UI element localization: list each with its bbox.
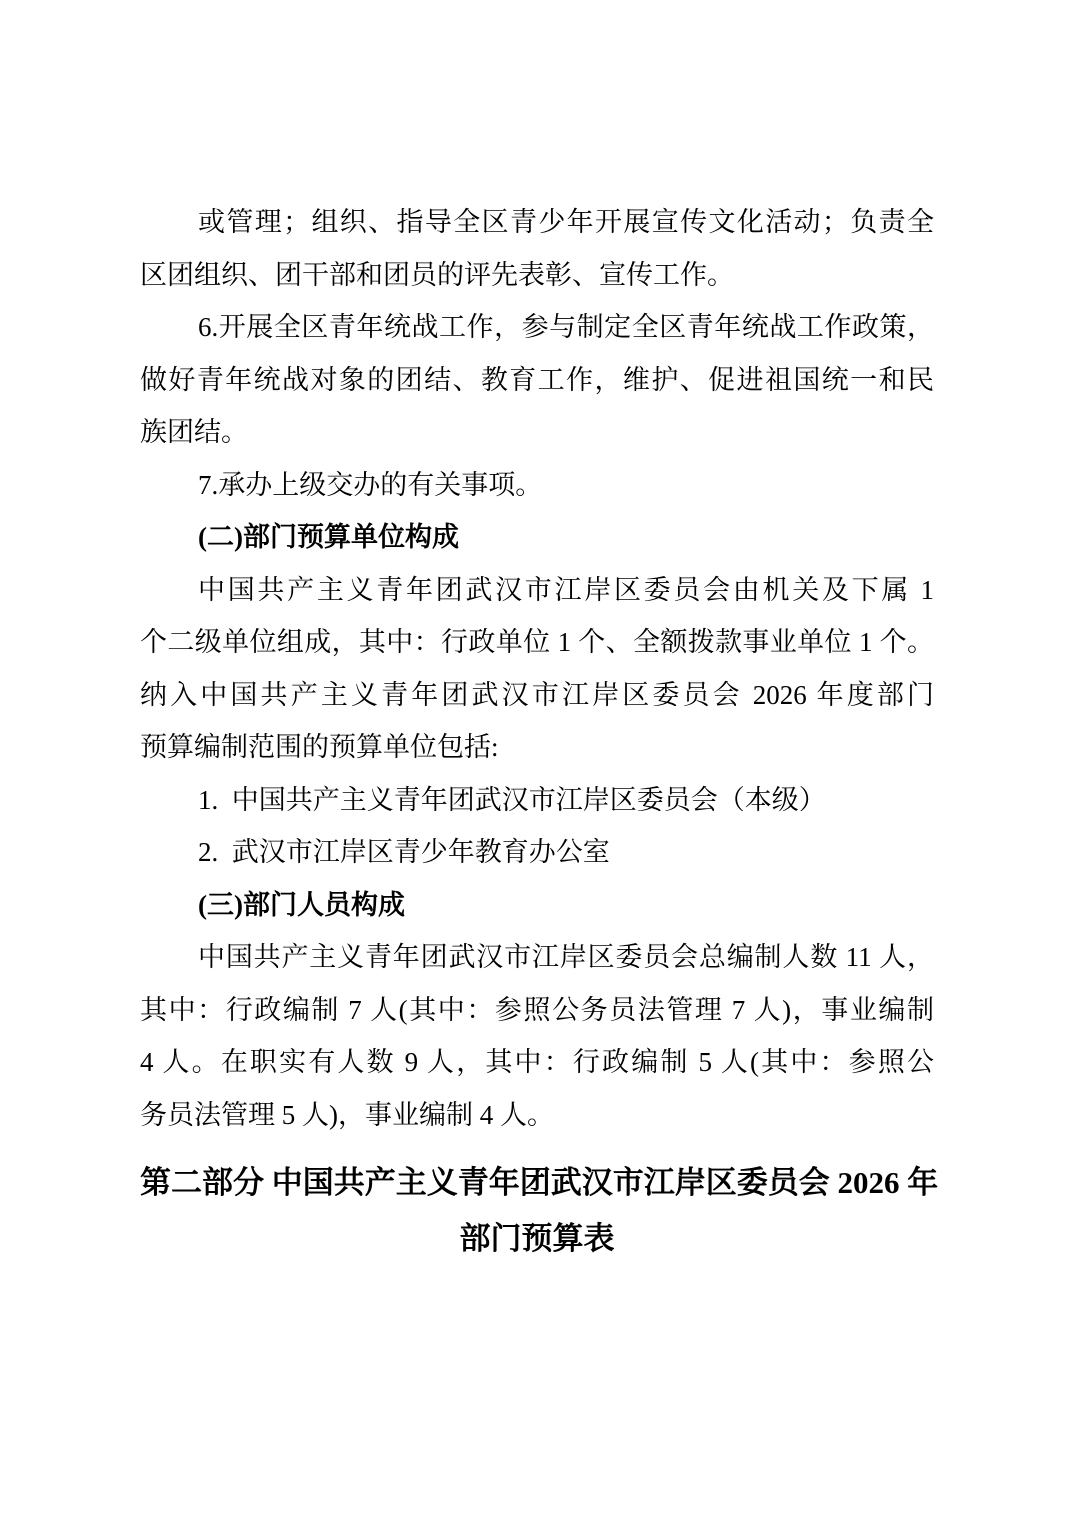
body-line: 中国共产主义青年团武汉市江岸区委员会由机关及下属 1 xyxy=(140,564,934,617)
body-line: 4 人。在职实有人数 9 人，其中：行政编制 5 人(其中：参照公 xyxy=(140,1036,934,1089)
list-item-unit-2: 2. 武汉市江岸区青少年教育办公室 xyxy=(140,826,934,879)
body-line: 中国共产主义青年团武汉市江岸区委员会总编制人数 11 人， xyxy=(140,931,934,984)
body-line: 纳入中国共产主义青年团武汉市江岸区委员会 2026 年度部门 xyxy=(140,669,934,722)
body-line: 区团组织、团干部和团员的评先表彰、宣传工作。 xyxy=(140,249,934,302)
body-line: 其中：行政编制 7 人(其中：参照公务员法管理 7 人)，事业编制 xyxy=(140,984,934,1037)
body-line: 个二级单位组成，其中：行政单位 1 个、全额拨款事业单位 1 个。 xyxy=(140,616,934,669)
document-body: 或管理；组织、指导全区青少年开展宣传文化活动；负责全 区团组织、团干部和团员的评… xyxy=(140,196,934,1267)
part2-heading-line1: 第二部分 中国共产主义青年团武汉市江岸区委员会 2026 年 xyxy=(140,1155,934,1211)
section-heading-budget-units: (二)部门预算单位构成 xyxy=(140,511,934,564)
part2-heading-line2: 部门预算表 xyxy=(140,1211,934,1267)
document-page: 或管理；组织、指导全区青少年开展宣传文化活动；负责全 区团组织、团干部和团员的评… xyxy=(0,0,1074,1520)
body-line: 族团结。 xyxy=(140,406,934,459)
body-line: 务员法管理 5 人)，事业编制 4 人。 xyxy=(140,1089,934,1142)
section-heading-personnel: (三)部门人员构成 xyxy=(140,879,934,932)
body-line: 7.承办上级交办的有关事项。 xyxy=(140,459,934,512)
body-line: 做好青年统战对象的团结、教育工作，维护、促进祖国统一和民 xyxy=(140,354,934,407)
list-item-unit-1: 1. 中国共产主义青年团武汉市江岸区委员会（本级） xyxy=(140,774,934,827)
body-line: 6.开展全区青年统战工作，参与制定全区青年统战工作政策， xyxy=(140,301,934,354)
part2-heading: 第二部分 中国共产主义青年团武汉市江岸区委员会 2026 年 部门预算表 xyxy=(140,1155,934,1267)
body-line: 或管理；组织、指导全区青少年开展宣传文化活动；负责全 xyxy=(140,196,934,249)
body-line: 预算编制范围的预算单位包括: xyxy=(140,721,934,774)
